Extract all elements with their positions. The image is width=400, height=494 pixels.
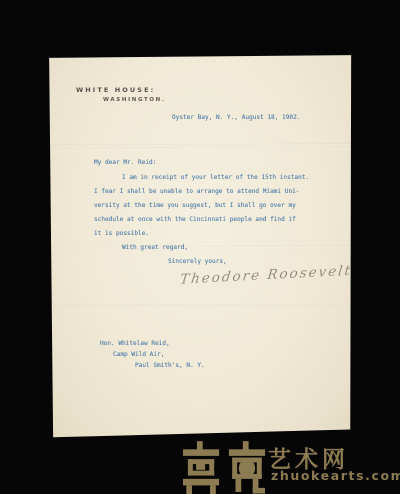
body-line: I fear I shall be unable to arrange to a… — [94, 189, 299, 195]
fold-crease-top — [47, 143, 353, 148]
watermark-site-name: 艺术网 — [268, 441, 349, 474]
body-line: versity at the time you suggest, but I s… — [94, 203, 296, 209]
recipient-name: Hon. Whitelaw Reid, — [100, 341, 170, 347]
dateline: Oyster Bay, N. Y., August 18, 1902. — [172, 115, 300, 121]
letterhead-washington: WASHINGTON. — [103, 97, 166, 103]
fold-crease-bottom — [47, 304, 353, 307]
fold-crease-middle — [47, 245, 353, 249]
body-line: schedule at once with the Cincinnati peo… — [94, 217, 296, 223]
recipient-address-1: Camp Wild Air, — [113, 352, 164, 358]
letter-paper: WHITE HOUSE: WASHINGTON. Oyster Bay, N. … — [47, 52, 353, 440]
body-line: I am in receipt of your letter of the 15… — [122, 175, 309, 181]
handwritten-signature: Theodore Roosevelt — [179, 262, 361, 288]
recipient-address-2: Paul Smith's, N. Y. — [135, 363, 205, 369]
photo-of-letter: WHITE HOUSE: WASHINGTON. Oyster Bay, N. … — [0, 0, 400, 494]
zhuoke-logo-icon — [183, 441, 265, 494]
body-line: it is possible. — [94, 231, 149, 237]
closing-line: Sincerely yours, — [168, 259, 227, 265]
letterhead-white-house: WHITE HOUSE: — [76, 86, 155, 94]
watermark-url: zhuokearts.com — [271, 468, 400, 483]
salutation: My dear Mr. Reid: — [94, 160, 156, 166]
regards-line: With great regard, — [122, 245, 188, 251]
